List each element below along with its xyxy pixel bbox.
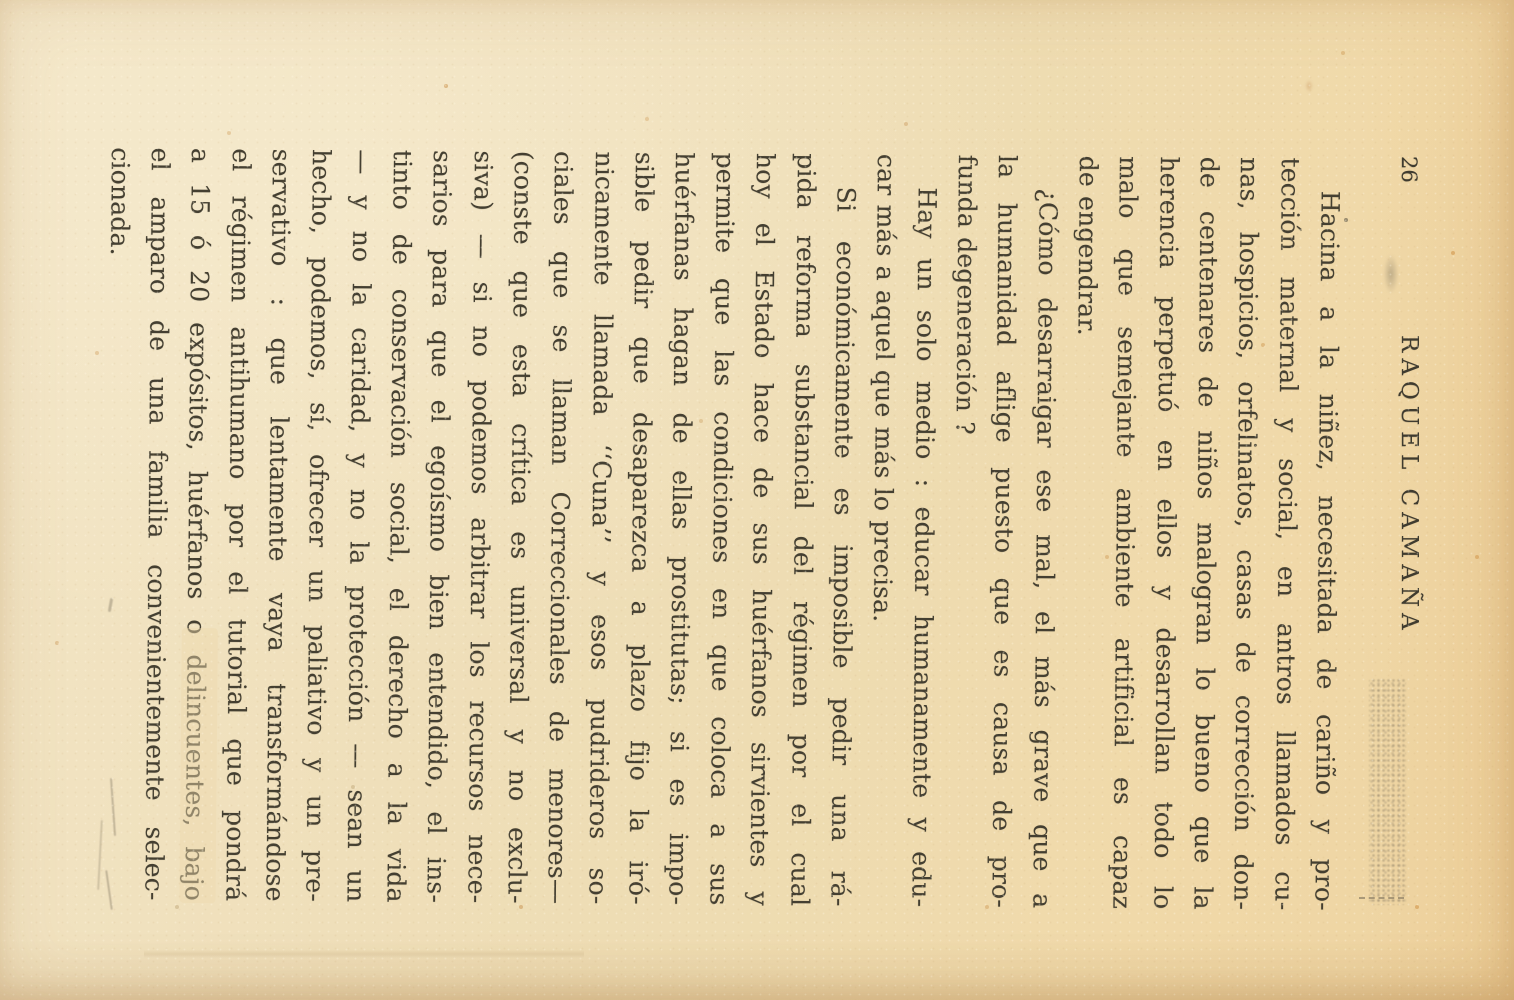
- text-line: sarios para que el egoísmo bien entendid…: [416, 150, 463, 903]
- page-content-rotated: 26 RAQUEL CAMAÑA Hacina a la niñez, nece…: [0, 0, 1514, 1000]
- text-line: siva) — si no podemos arbitrar los recur…: [456, 150, 503, 903]
- text-line: permite que las condiciones en que coloc…: [698, 152, 745, 905]
- text-line: el régimen antihumano por el tutorial qu…: [214, 148, 261, 901]
- text-line: car más a aquel que más lo precisa.: [859, 154, 906, 907]
- text-line: de engendrar.: [1061, 156, 1108, 909]
- text-line: de centenares de niños malogran lo bueno…: [1182, 157, 1229, 910]
- text-line: hoy el Estado hace de sus huérfanos sirv…: [738, 153, 785, 906]
- text-line: nicamente llamada ‘‘Cuna’’ y esos pudrid…: [577, 151, 624, 904]
- text-line: huérfanas hagan de ellas prostitutas; si…: [658, 152, 705, 905]
- paper-crease: [144, 950, 584, 958]
- text-line: la humanidad aflige puesto que es causa …: [980, 155, 1027, 908]
- scanned-book-page: 26 RAQUEL CAMAÑA Hacina a la niñez, nece…: [0, 0, 1514, 1000]
- text-line: tinto de conservación social, el derecho…: [375, 150, 422, 903]
- text-line: funda degeneración ?: [940, 154, 987, 907]
- text-line: ciales que se llaman Correccionales de m…: [537, 151, 584, 904]
- text-line: servativo : que lentamente vaya transfor…: [254, 148, 301, 901]
- text-line: pida reforma substancial del régimen por…: [779, 153, 826, 906]
- text-line: malo que semejante ambiente artificial e…: [1101, 156, 1148, 909]
- text-line: tección maternal y social, en antros lla…: [1263, 157, 1310, 910]
- text-line: Hay un solo medio : educar humanamente y…: [900, 154, 947, 907]
- text-line: cionada.: [93, 147, 140, 900]
- text-line: — y no la caridad, y no la protección — …: [335, 149, 382, 902]
- text-line: hecho, podemos, sí, ofrecer un paliativo…: [295, 149, 342, 902]
- text-line: Si económicamente es imposible pedir una…: [819, 153, 866, 906]
- ink-offset-stain-edge: [1359, 897, 1404, 902]
- text-line: Hacina a la niñez, necesitada de cariño …: [1303, 158, 1350, 911]
- edge-stain: [1304, 78, 1314, 94]
- ink-smudge: [1381, 248, 1401, 300]
- page-body-text: Hacina a la niñez, necesitada de cariño …: [93, 147, 1350, 911]
- text-line: nas, hospicios, orfelinatos, casas de co…: [1222, 157, 1269, 910]
- page-number: 26: [1396, 156, 1422, 183]
- text-line: herencia perpetuó en ellos y desarrollan…: [1142, 156, 1189, 909]
- ink-offset-stain: [1369, 678, 1406, 905]
- text-line: ¿Cómo desarraigar ese mal, el más grave …: [1021, 155, 1068, 908]
- running-header: RAQUEL CAMAÑA: [1396, 335, 1422, 636]
- text-line: sible pedir que desaparezca a plazo fijo…: [617, 152, 664, 905]
- text-line: el amparo de una familia convenientement…: [133, 147, 180, 900]
- text-line: a 15 ó 20 expósitos, huérfanos o delincu…: [174, 148, 221, 901]
- text-line: (conste que esta crítica es universal y …: [496, 151, 543, 904]
